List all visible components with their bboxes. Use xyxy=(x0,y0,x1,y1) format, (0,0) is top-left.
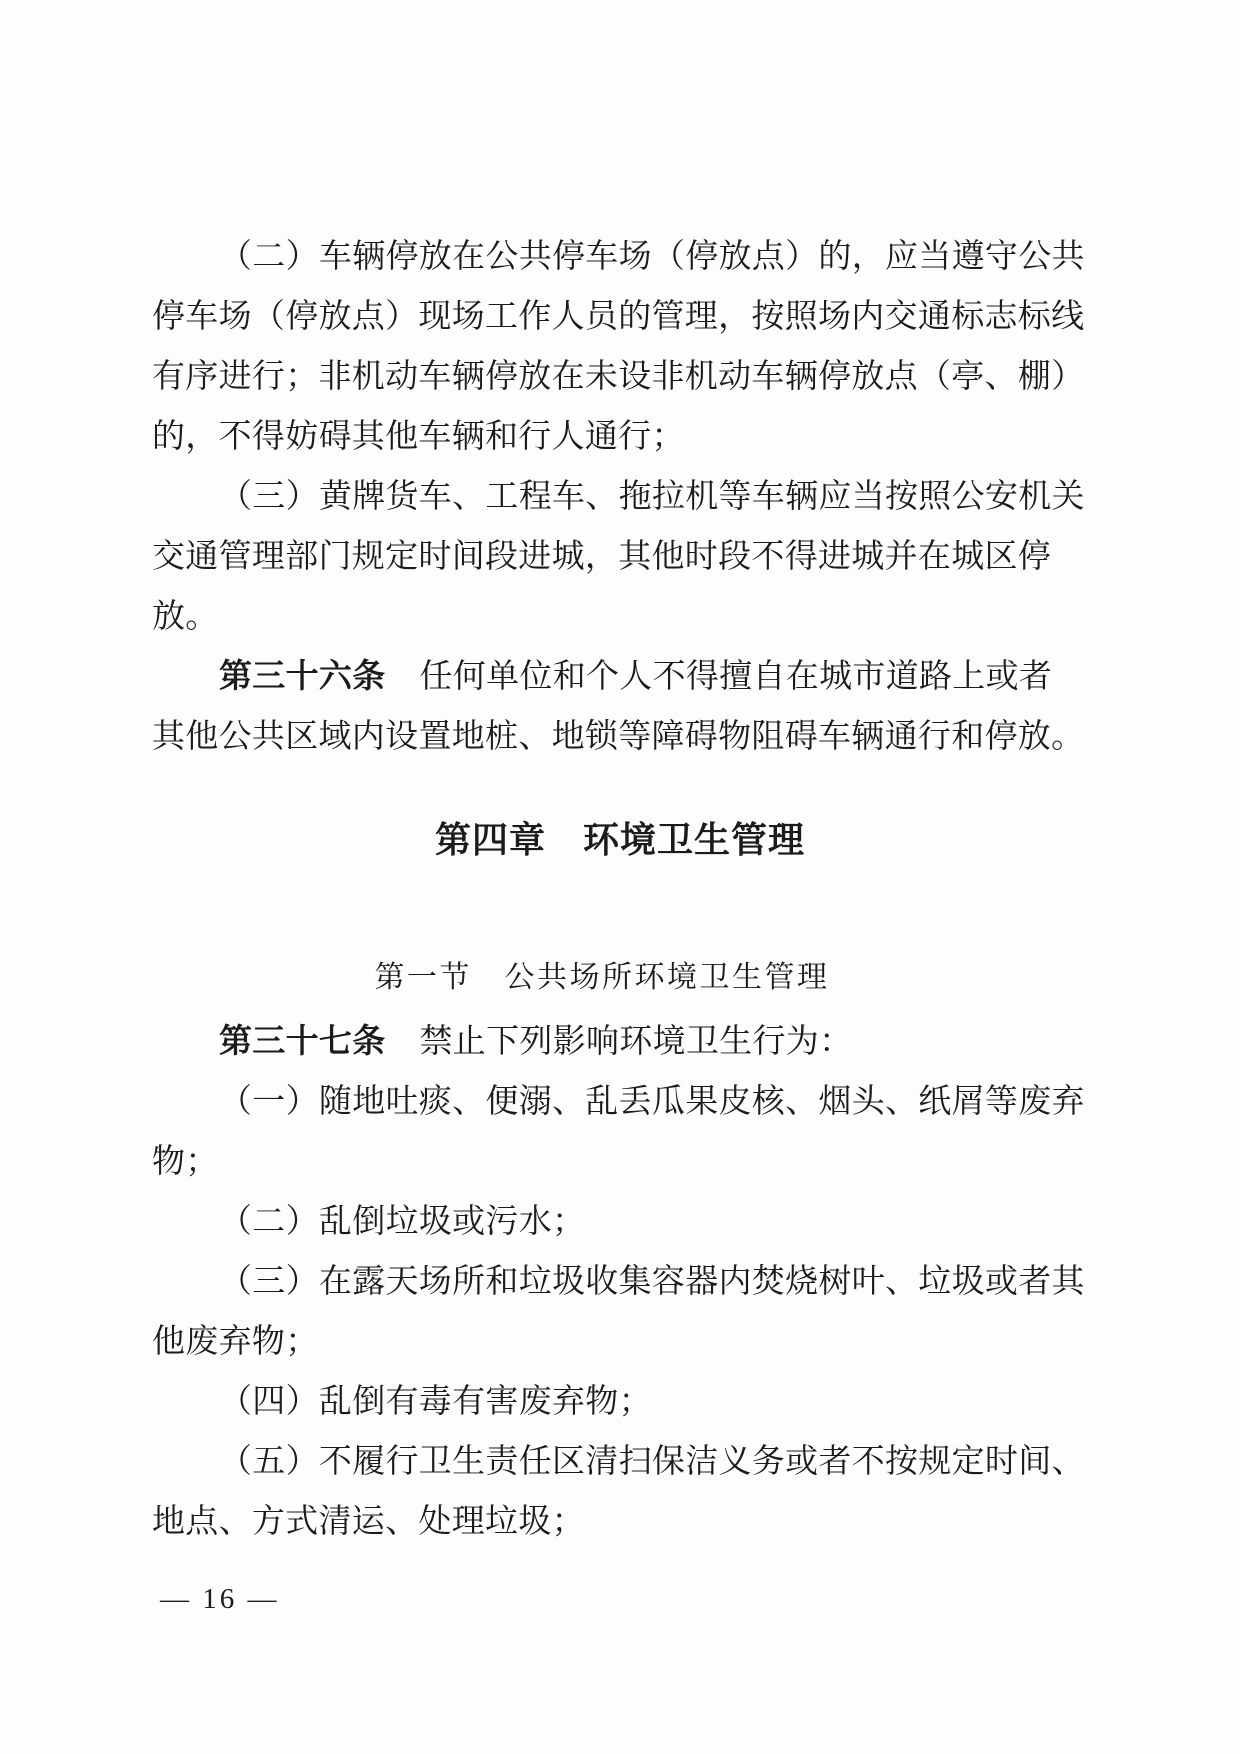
prohibited-item-5: （五）不履行卫生责任区清扫保洁义务或者不按规定时间、 地点、方式清运、处理垃圾； xyxy=(152,1432,1088,1552)
body-line: 停车场（停放点）现场工作人员的管理，按照场内交通标志标线 xyxy=(152,287,1088,347)
article-36-number: 第三十六条 xyxy=(219,659,386,695)
body-line: 他废弃物； xyxy=(152,1312,1088,1372)
document-page: （二）车辆停放在公共停车场（停放点）的，应当遵守公共 停车场（停放点）现场工作人… xyxy=(0,0,1240,1754)
article-37: 第三十七条禁止下列影响环境卫生行为： xyxy=(152,1012,1088,1072)
prohibited-item-3: （三）在露天场所和垃圾收集容器内焚烧树叶、垃圾或者其 他废弃物； xyxy=(152,1252,1088,1372)
body-line: （三）黄牌货车、工程车、拖拉机等车辆应当按照公安机关 xyxy=(152,467,1088,527)
body-line: （五）不履行卫生责任区清扫保洁义务或者不按规定时间、 xyxy=(152,1432,1088,1492)
body-line: 放。 xyxy=(152,587,1088,647)
body-line: 第三十七条禁止下列影响环境卫生行为： xyxy=(152,1012,1088,1072)
body-line: （二）车辆停放在公共停车场（停放点）的，应当遵守公共 xyxy=(152,227,1088,287)
document-body: （二）车辆停放在公共停车场（停放点）的，应当遵守公共 停车场（停放点）现场工作人… xyxy=(152,227,1088,1552)
article-36: 第三十六条任何单位和个人不得擅自在城市道路上或者 其他公共区域内设置地桩、地锁等… xyxy=(152,647,1088,767)
body-line: 其他公共区域内设置地桩、地锁等障碍物阻碍车辆通行和停放。 xyxy=(152,707,1088,767)
body-line: 第三十六条任何单位和个人不得擅自在城市道路上或者 xyxy=(152,647,1088,707)
body-line: 地点、方式清运、处理垃圾； xyxy=(152,1492,1088,1552)
body-line: （二）乱倒垃圾或污水； xyxy=(152,1192,1088,1252)
body-line: （一）随地吐痰、便溺、乱丢瓜果皮核、烟头、纸屑等废弃 xyxy=(152,1072,1088,1132)
page-number: — 16 — xyxy=(160,1583,280,1616)
body-line: 有序进行；非机动车辆停放在未设非机动车辆停放点（亭、棚） xyxy=(152,347,1088,407)
article-36-text: 任何单位和个人不得擅自在城市道路上或者 xyxy=(420,659,1053,695)
section-heading: 第一节 公共场所环境卫生管理 xyxy=(134,948,1070,1008)
chapter-heading: 第四章 环境卫生管理 xyxy=(152,810,1088,870)
body-line: 交通管理部门规定时间段进城，其他时段不得进城并在城区停 xyxy=(152,527,1088,587)
prohibited-item-4: （四）乱倒有毒有害废弃物； xyxy=(152,1372,1088,1432)
body-line: 的，不得妨碍其他车辆和行人通行； xyxy=(152,407,1088,467)
prohibited-item-1: （一）随地吐痰、便溺、乱丢瓜果皮核、烟头、纸屑等废弃 物； xyxy=(152,1072,1088,1192)
prohibited-item-2: （二）乱倒垃圾或污水； xyxy=(152,1192,1088,1252)
clause-vehicle-parking: （二）车辆停放在公共停车场（停放点）的，应当遵守公共 停车场（停放点）现场工作人… xyxy=(152,227,1088,467)
article-37-number: 第三十七条 xyxy=(219,1024,386,1060)
article-37-text: 禁止下列影响环境卫生行为： xyxy=(420,1024,853,1060)
clause-truck-entry: （三）黄牌货车、工程车、拖拉机等车辆应当按照公安机关 交通管理部门规定时间段进城… xyxy=(152,467,1088,647)
body-line: 物； xyxy=(152,1132,1088,1192)
body-line: （四）乱倒有毒有害废弃物； xyxy=(152,1372,1088,1432)
body-line: （三）在露天场所和垃圾收集容器内焚烧树叶、垃圾或者其 xyxy=(152,1252,1088,1312)
